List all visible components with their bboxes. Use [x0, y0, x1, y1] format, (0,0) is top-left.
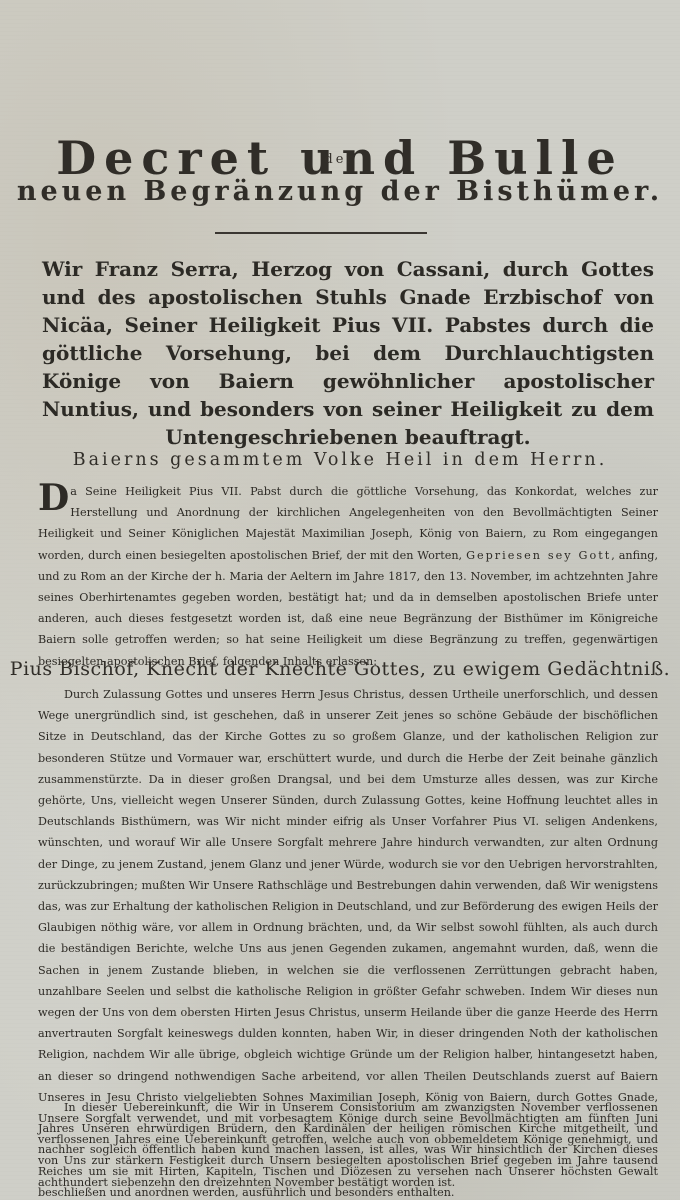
document-subtitle: neuen Begränzung der Bisthümer. [0, 176, 680, 207]
document-page: Decret und Bulle der neuen Begränzung de… [0, 0, 680, 1200]
spaced-phrase: Gepriesen sey Gott [466, 549, 611, 562]
bull-heading: Pius Bischof, Knecht der Knechte Gottes,… [0, 658, 680, 680]
greeting-heading: Baierns gesammtem Volke Heil in dem Herr… [0, 450, 680, 470]
paragraph-text: , anfing, und zu Rom an der Kirche der h… [38, 549, 658, 668]
paragraph-concordat: Da Seine Heiligkeit Pius VII. Pabst durc… [38, 481, 658, 672]
title-divider [215, 232, 427, 234]
paragraph-agreement: In dieser Uebereinkunft, die Wir in Unse… [38, 1097, 658, 1200]
subtitle-connector: der [0, 152, 680, 167]
intro-paragraph: Wir Franz Serra, Herzog von Cassani, dur… [42, 255, 654, 451]
drop-cap: D [38, 483, 69, 513]
